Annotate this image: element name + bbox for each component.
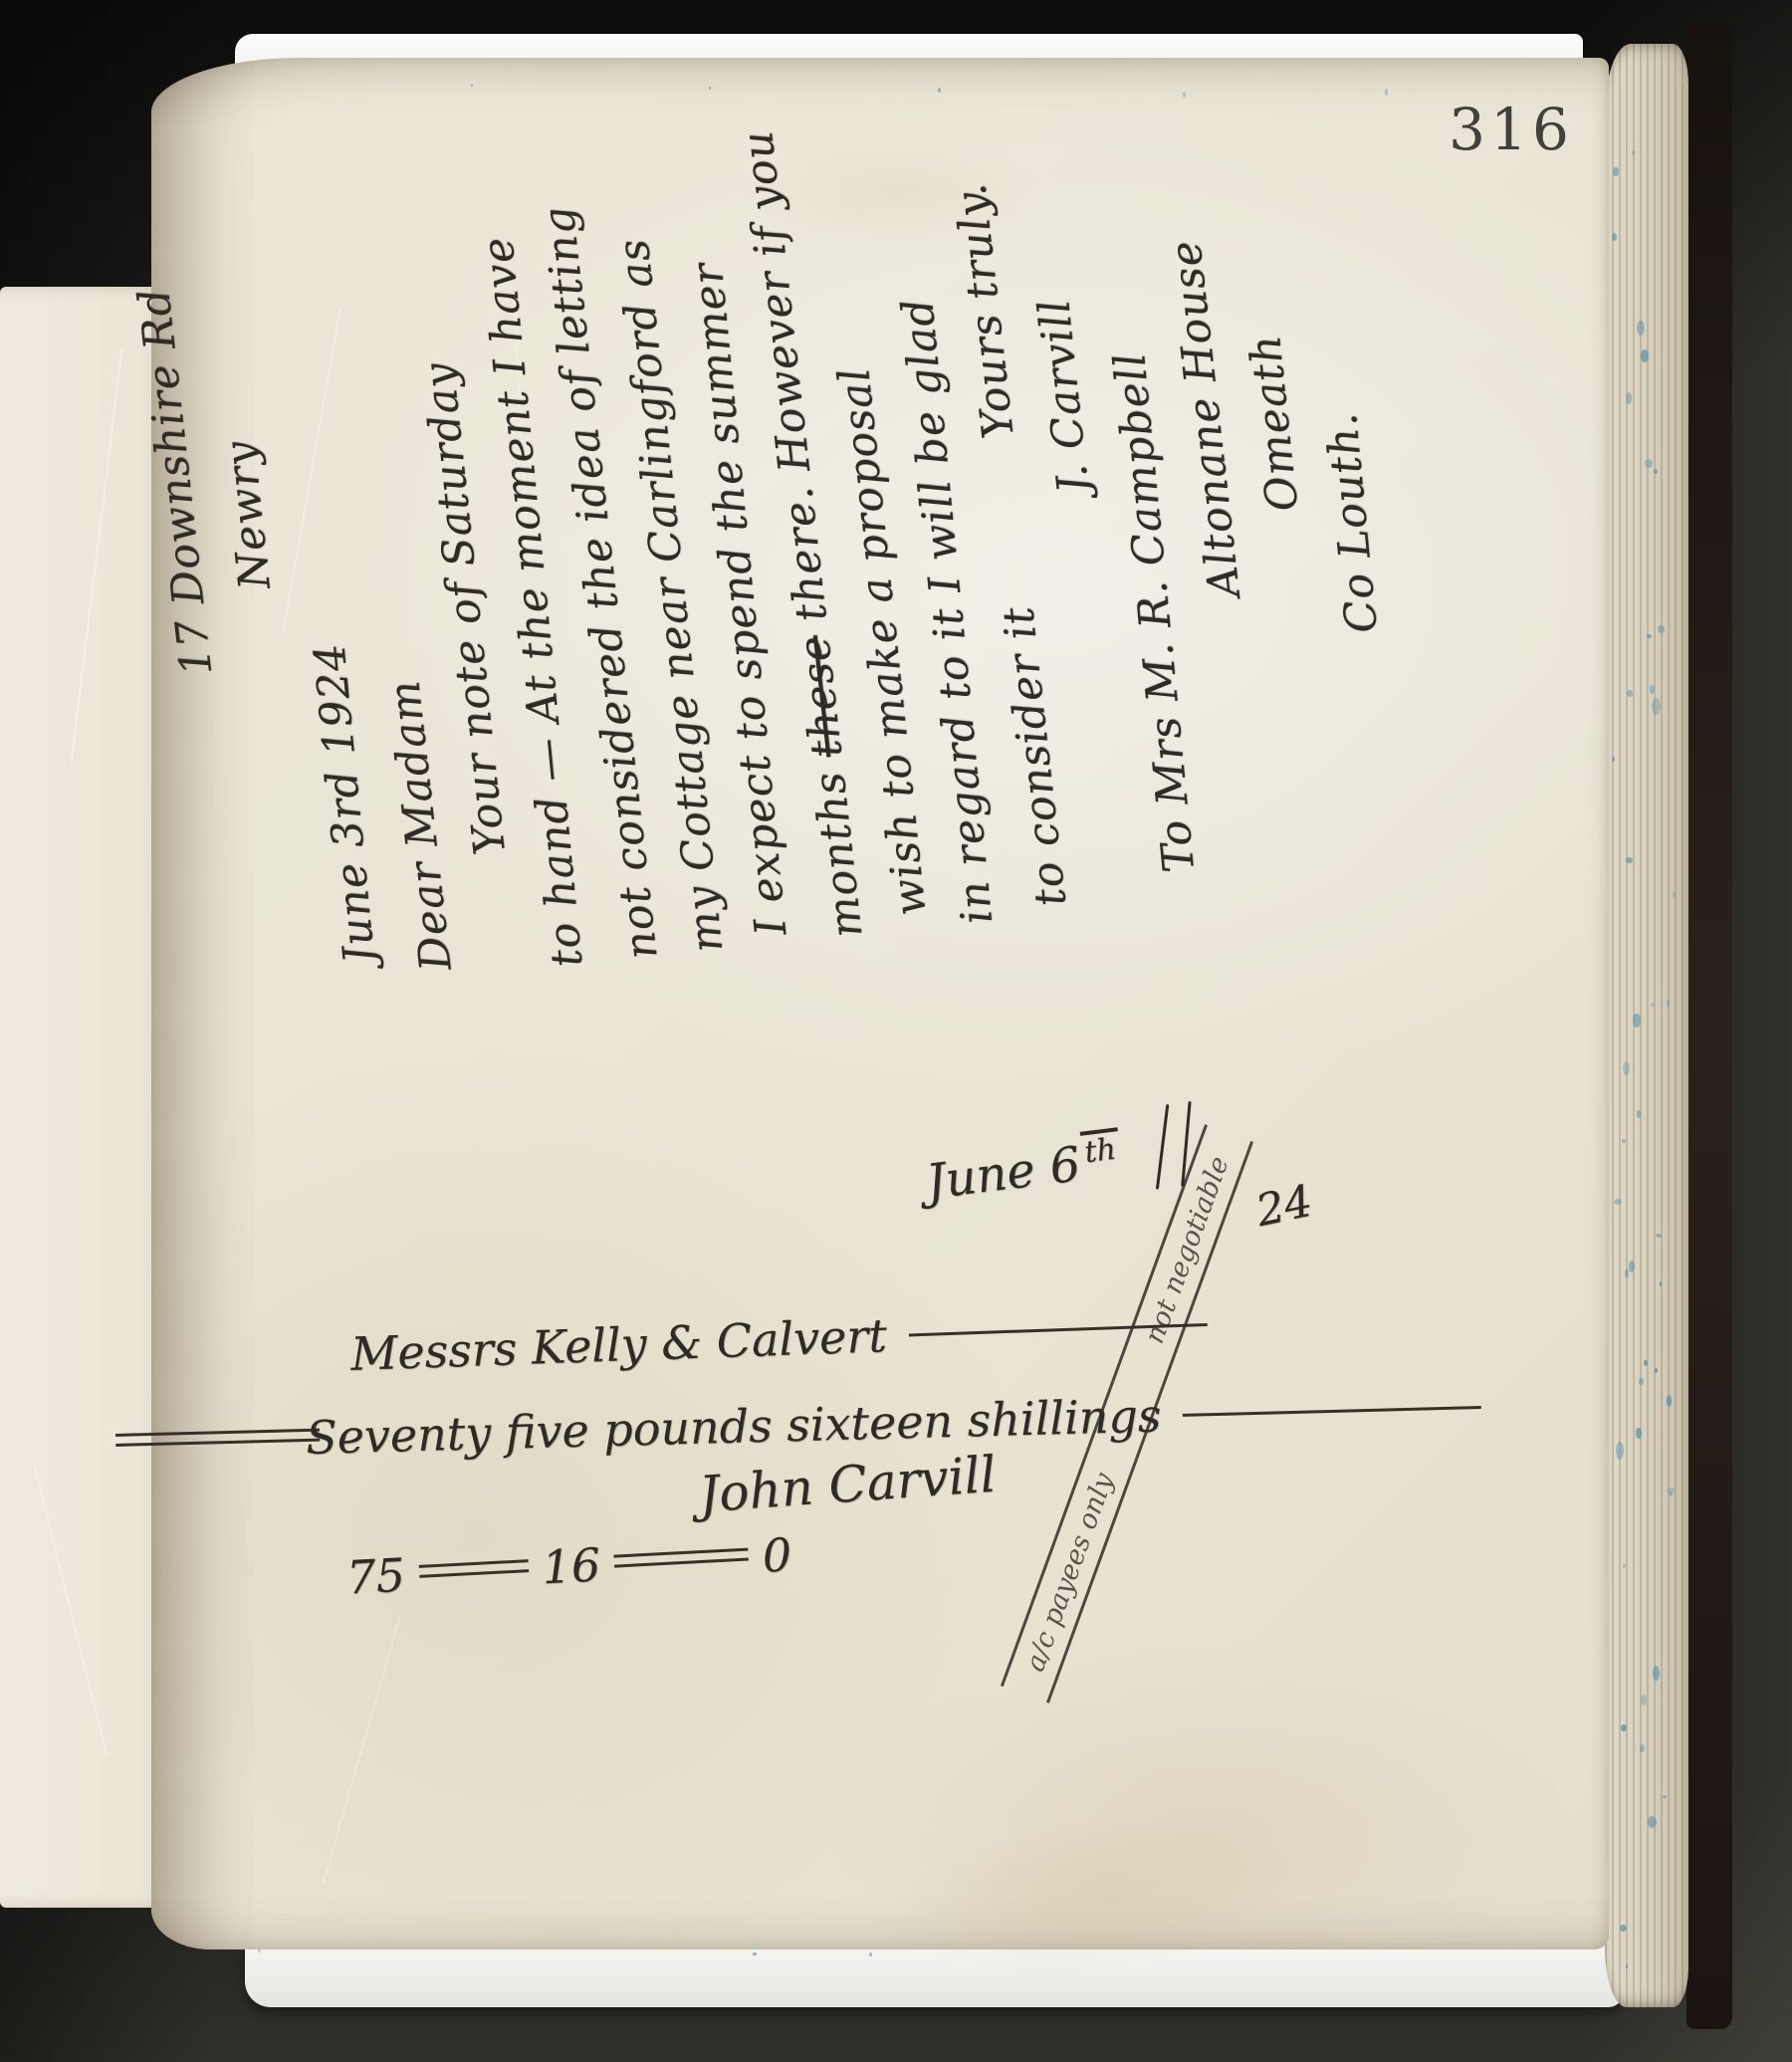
double-rule	[115, 1429, 320, 1447]
page-number: 316	[1442, 96, 1581, 163]
figure-pence: 0	[761, 1527, 792, 1582]
page-crease	[34, 1466, 109, 1756]
page-crease	[70, 347, 122, 763]
letterbook-photo: 316 17 Downshire RdNewryJune 3rd 1924Dea…	[0, 0, 1792, 2062]
underpage-edge-bottom	[245, 1942, 1623, 2007]
double-rule	[418, 1559, 529, 1578]
book-cover-edge	[1686, 24, 1732, 2029]
ruled-dash	[1183, 1406, 1481, 1417]
figure-pounds: 75	[345, 1548, 406, 1605]
double-rule	[614, 1548, 749, 1568]
page-crease	[322, 1616, 400, 1885]
fore-edge-page-stack	[1605, 44, 1688, 2007]
figure-shillings: 16	[541, 1537, 601, 1594]
handwritten-letter: 17 Downshire RdNewryJune 3rd 1924Dear Ma…	[108, 35, 1429, 1006]
cheque-date-suffix: th	[1080, 1127, 1122, 1172]
